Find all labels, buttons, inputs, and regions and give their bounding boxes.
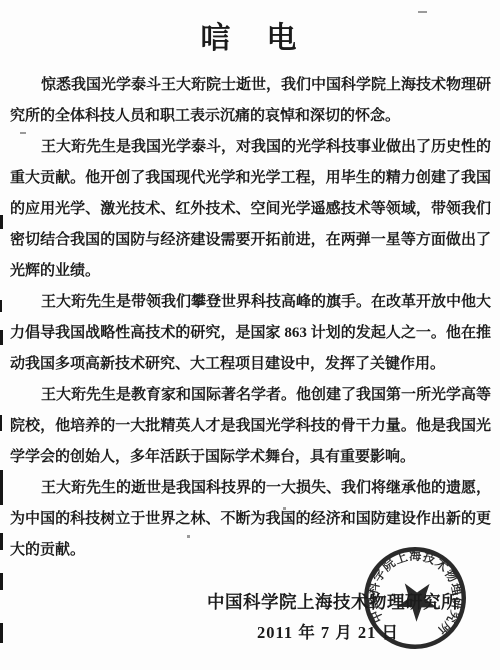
text-line: 动我国多项高新技术研究、大工程项目建设中，发挥了关键作用。	[10, 349, 491, 380]
text-line: 院校，他培养的一大批精英人才是我国光学科技的骨干力量。他是我国光	[10, 411, 491, 442]
text-line: 王大珩先生是我国光学泰斗，对我国的光学科技事业做出了历史性的	[10, 132, 491, 163]
text-line: 王大珩先生是教育家和国际著名学者。他创建了我国第一所光学高等	[10, 380, 491, 411]
official-seal: 中国科学院上海技术物理研究所	[350, 533, 480, 663]
text-line: 重大贡献。他开创了我国现代光学和光学工程，用毕生的精力创建了我国	[10, 163, 491, 194]
scan-artifact	[0, 573, 3, 590]
text-line: 王大珩先生的逝世是我国科技界的一大损失、我们将继承他的遗愿，	[10, 473, 491, 504]
scan-artifact	[0, 415, 2, 431]
scan-artifact	[0, 623, 3, 643]
scan-artifact	[0, 300, 2, 312]
scan-artifact	[0, 330, 3, 345]
scan-artifact	[0, 533, 3, 550]
scan-artifact	[283, 507, 286, 510]
paragraph: 惊悉我国光学泰斗王大珩院士逝世，我们中国科学院上海技术物理研 究所的全体科技人员…	[10, 70, 491, 132]
document-page: 唁 电 惊悉我国光学泰斗王大珩院士逝世，我们中国科学院上海技术物理研 究所的全体…	[0, 0, 500, 670]
scan-artifact	[0, 215, 3, 229]
text-line: 究所的全体科技人员和职工表示沉痛的哀悼和深切的怀念。	[10, 101, 491, 132]
paragraph: 王大珩先生是我国光学泰斗，对我国的光学科技事业做出了历史性的 重大贡献。他开创了…	[10, 132, 491, 287]
scan-artifact	[187, 535, 190, 538]
text-line: 惊悉我国光学泰斗王大珩院士逝世，我们中国科学院上海技术物理研	[10, 70, 491, 101]
text-line: 王大珩先生是带领我们攀登世界科技高峰的旗手。在改革开放中他大	[10, 287, 491, 318]
scan-artifact	[418, 11, 427, 13]
page-title: 唁 电	[0, 13, 500, 57]
paragraph: 王大珩先生是教育家和国际著名学者。他创建了我国第一所光学高等 院校，他培养的一大…	[10, 380, 491, 473]
scan-artifact	[20, 132, 26, 134]
text-line: 的应用光学、激光技术、红外技术、空间光学遥感技术等领域，带领我们	[10, 194, 491, 225]
scan-artifact	[0, 470, 3, 505]
text-line: 为中国的科技树立于世界之林、不断为我国的经济和国防建设作出新的更	[10, 504, 491, 535]
text-line: 光辉的业绩。	[10, 256, 491, 287]
star-icon	[388, 572, 443, 626]
text-line: 力倡导我国战略性高技术的研究，是国家 863 计划的发起人之一。他在推	[10, 318, 491, 349]
paragraph: 王大珩先生是带领我们攀登世界科技高峰的旗手。在改革开放中他大 力倡导我国战略性高…	[10, 287, 491, 380]
letter-body: 惊悉我国光学泰斗王大珩院士逝世，我们中国科学院上海技术物理研 究所的全体科技人员…	[10, 70, 491, 566]
text-line: 密切结合我国的国防与经济建设需要开拓前进，在两弹一星等方面做出了	[10, 225, 491, 256]
text-line: 学学会的创始人，多年活跃于国际学术舞台，具有重要影响。	[10, 442, 491, 473]
